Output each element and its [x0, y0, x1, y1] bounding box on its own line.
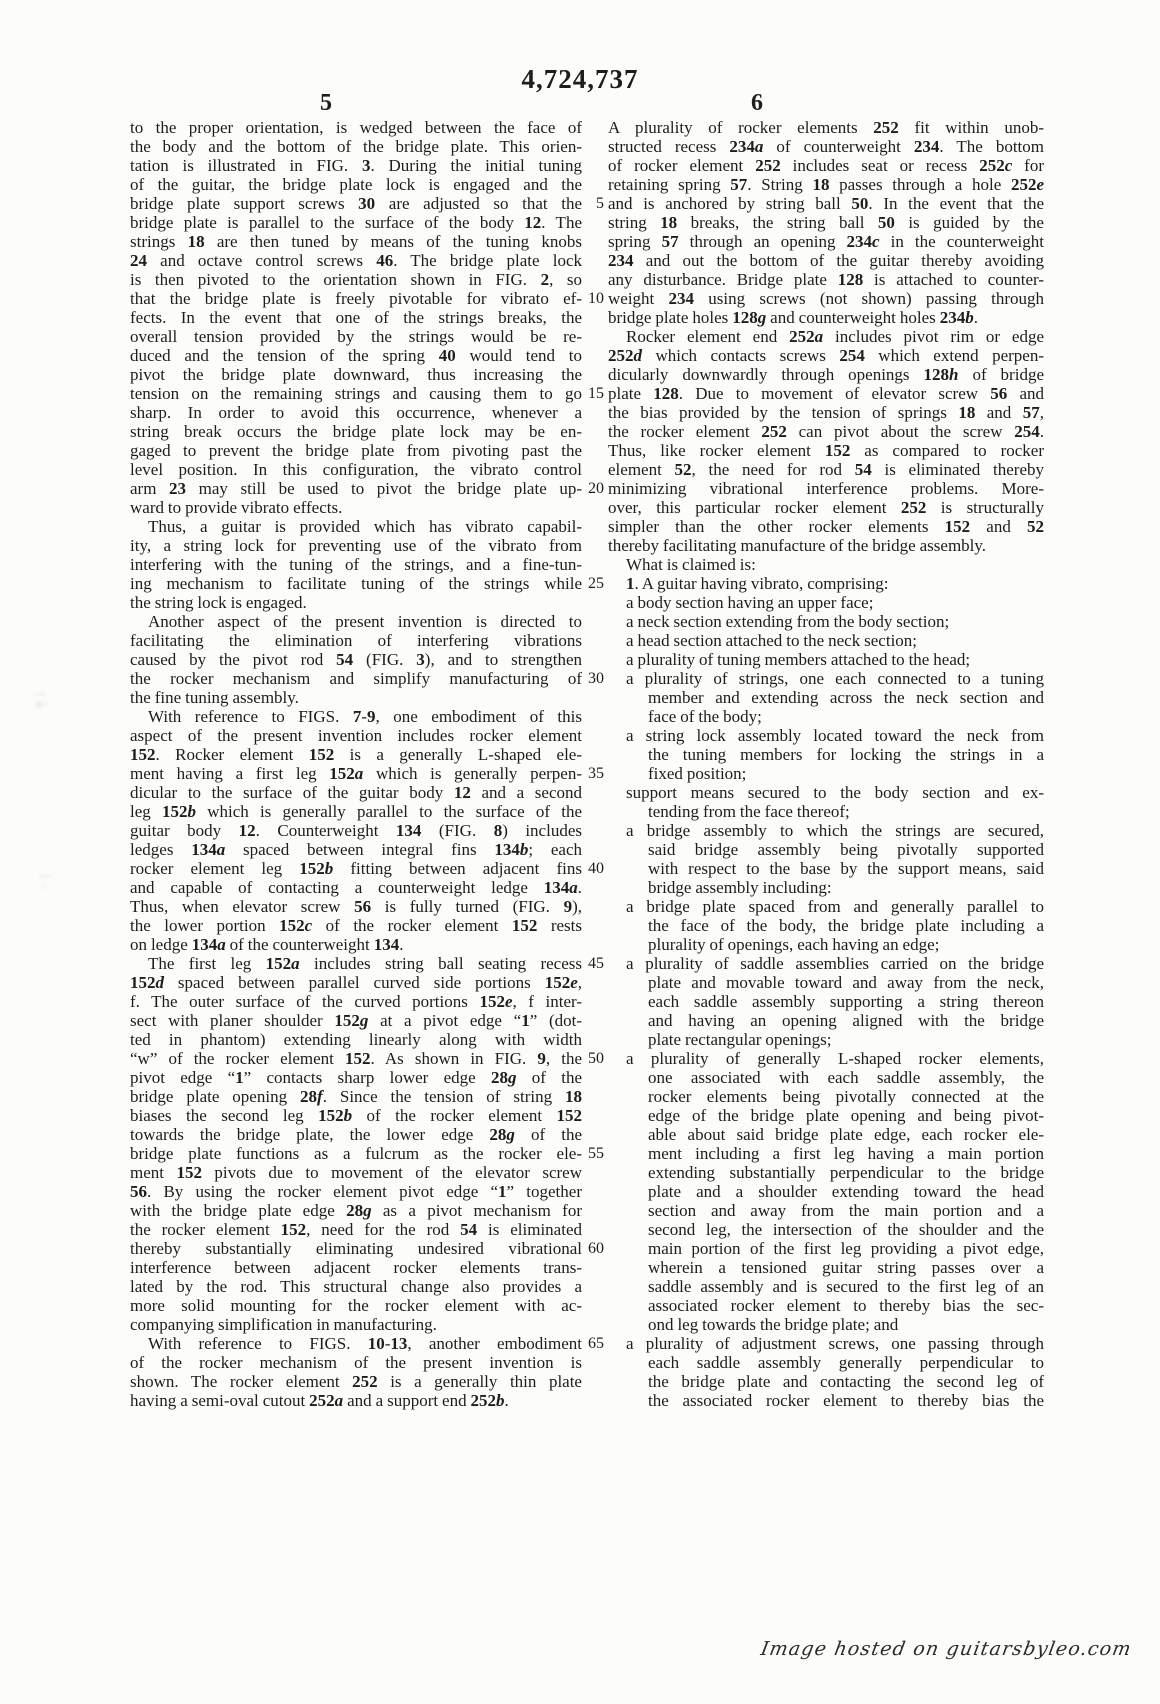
- text-line: a bridge assembly to which the strings a…: [608, 821, 1044, 840]
- text-line: tension on the remaining strings and cau…: [130, 384, 582, 403]
- text-line: and having an opening aligned with the b…: [608, 1011, 1044, 1030]
- text-line: dicular to the surface of the guitar bod…: [130, 783, 582, 802]
- text-line: edge of the bridge plate opening and bei…: [608, 1106, 1044, 1125]
- gutter-line-number: 65: [588, 1334, 604, 1353]
- text-line: and is anchored by string ball 50. In th…: [608, 194, 1044, 213]
- text-line: element 52, the need for rod 54 is elimi…: [608, 460, 1044, 479]
- text-line: each saddle assembly supporting a string…: [608, 992, 1044, 1011]
- text-line: aspect of the present invention includes…: [130, 726, 582, 745]
- column-number-6: 6: [727, 90, 787, 117]
- text-line: associated rocker element to thereby bia…: [608, 1296, 1044, 1315]
- text-line: any disturbance. Bridge plate 128 is att…: [608, 270, 1044, 289]
- text-line: the lower portion 152c of the rocker ele…: [130, 916, 582, 935]
- text-line: a neck section extending from the body s…: [608, 612, 1044, 631]
- text-line: ity, a string lock for preventing use of…: [130, 536, 582, 555]
- text-line: bridge plate functions as a fulcrum as t…: [130, 1144, 582, 1163]
- text-line: 152. Rocker element 152 is a generally L…: [130, 745, 582, 764]
- text-line: “w” of the rocker element 152. As shown …: [130, 1049, 582, 1068]
- text-line: of the guitar, the bridge plate lock is …: [130, 175, 582, 194]
- text-line: weight 234 using screws (not shown) pass…: [608, 289, 1044, 308]
- text-line: structed recess 234a of counterweight 23…: [608, 137, 1044, 156]
- text-line: facilitating the elimination of interfer…: [130, 631, 582, 650]
- text-line: ond leg towards the bridge plate; and: [608, 1315, 1044, 1334]
- text-line: sect with planer shoulder 152g at a pivo…: [130, 1011, 582, 1030]
- text-line: the associated rocker element to thereby…: [608, 1391, 1044, 1410]
- gutter-line-number: 55: [588, 1144, 604, 1163]
- text-line: arm 23 may still be used to pivot the br…: [130, 479, 582, 498]
- text-line: bridge plate holes 128g and counterweigh…: [608, 308, 1044, 327]
- text-line: retaining spring 57. String 18 passes th…: [608, 175, 1044, 194]
- text-line: member and extending across the neck sec…: [608, 688, 1044, 707]
- text-line: the rocker element 152, need for the rod…: [130, 1220, 582, 1239]
- gutter-line-number: 30: [588, 669, 604, 688]
- text-line: to the proper orientation, is wedged bet…: [130, 118, 582, 137]
- text-line: of the rocker mechanism of the present i…: [130, 1353, 582, 1372]
- text-line: having a semi-oval cutout 252a and a sup…: [130, 1391, 582, 1410]
- gutter-line-number: 60: [588, 1239, 604, 1258]
- text-line: more solid mounting for the rocker eleme…: [130, 1296, 582, 1315]
- text-line: guitar body 12. Counterweight 134 (FIG. …: [130, 821, 582, 840]
- text-line: the body and the bottom of the bridge pl…: [130, 137, 582, 156]
- text-line: one associated with each saddle assembly…: [608, 1068, 1044, 1087]
- text-line: ward to provide vibrato effects.: [130, 498, 582, 517]
- text-line: is then pivoted to the orientation shown…: [130, 270, 582, 289]
- text-line: face of the body;: [608, 707, 1044, 726]
- text-line: The first leg 152a includes string ball …: [130, 954, 582, 973]
- text-line: a string lock assembly located toward th…: [608, 726, 1044, 745]
- text-line: main portion of the first leg providing …: [608, 1239, 1044, 1258]
- text-line: bridge plate opening 28f. Since the tens…: [130, 1087, 582, 1106]
- text-line: 24 and octave control screws 46. The bri…: [130, 251, 582, 270]
- text-line: a head section attached to the neck sect…: [608, 631, 1044, 650]
- text-line: sharp. In order to avoid this occurrence…: [130, 403, 582, 422]
- text-line: section and away from the main portion a…: [608, 1201, 1044, 1220]
- text-line: a plurality of strings, one each connect…: [608, 669, 1044, 688]
- gutter-line-number: 20: [588, 479, 604, 498]
- text-line: A plurality of rocker elements 252 fit w…: [608, 118, 1044, 137]
- text-line: plate 128. Due to movement of elevator s…: [608, 384, 1044, 403]
- text-line: each saddle assembly generally perpendic…: [608, 1353, 1044, 1372]
- text-line: a plurality of generally L-shaped rocker…: [608, 1049, 1044, 1068]
- text-line: bridge plate support screws 30 are adjus…: [130, 194, 582, 213]
- text-line: thereby facilitating manufacture of the …: [608, 536, 1044, 555]
- text-line: caused by the pivot rod 54 (FIG. 3), and…: [130, 650, 582, 669]
- text-line: With reference to FIGS. 10-13, another e…: [130, 1334, 582, 1353]
- text-line: the string lock is engaged.: [130, 593, 582, 612]
- text-line: Thus, a guitar is provided which has vib…: [130, 517, 582, 536]
- watermark-text: Image hosted on guitarsbyleo.com: [759, 1638, 1134, 1660]
- text-line: companying simplification in manufacturi…: [130, 1315, 582, 1334]
- text-line: tation is illustrated in FIG. 3. During …: [130, 156, 582, 175]
- text-line: and capable of contacting a counterweigh…: [130, 878, 582, 897]
- text-line: simpler than the other rocker elements 1…: [608, 517, 1044, 536]
- text-line: bridge plate is parallel to the surface …: [130, 213, 582, 232]
- text-line: ment including a first leg having a main…: [608, 1144, 1044, 1163]
- text-line: minimizing vibrational interference prob…: [608, 479, 1044, 498]
- text-line: a body section having an upper face;: [608, 593, 1044, 612]
- line-number-gutter: 5101520253035404550556065: [570, 118, 604, 1418]
- text-line: Thus, when elevator screw 56 is fully tu…: [130, 897, 582, 916]
- text-line: rocker elements being pivotally connecte…: [608, 1087, 1044, 1106]
- text-line: tending from the face thereof;: [608, 802, 1044, 821]
- text-line: fects. In the event that one of the stri…: [130, 308, 582, 327]
- text-line: 1. A guitar having vibrato, comprising:: [608, 574, 1044, 593]
- text-line: the bridge plate and contacting the seco…: [608, 1372, 1044, 1391]
- text-line: with the bridge plate edge 28g as a pivo…: [130, 1201, 582, 1220]
- text-line: ing mechanism to facilitate tuning of th…: [130, 574, 582, 593]
- gutter-line-number: 35: [588, 764, 604, 783]
- text-line: plurality of openings, each having an ed…: [608, 935, 1044, 954]
- text-line: a bridge plate spaced from and generally…: [608, 897, 1044, 916]
- text-line: saddle assembly and is secured to the fi…: [608, 1277, 1044, 1296]
- text-line: a plurality of tuning members attached t…: [608, 650, 1044, 669]
- text-line: What is claimed is:: [608, 555, 1044, 574]
- text-line: 56. By using the rocker element pivot ed…: [130, 1182, 582, 1201]
- text-line: a plurality of adjustment screws, one pa…: [608, 1334, 1044, 1353]
- text-line: the bias provided by the tension of spri…: [608, 403, 1044, 422]
- right-text-column: A plurality of rocker elements 252 fit w…: [608, 118, 1044, 1410]
- text-line: ted in phantom) extending linearly along…: [130, 1030, 582, 1049]
- gutter-line-number: 5: [596, 194, 604, 213]
- text-line: the fine tuning assembly.: [130, 688, 582, 707]
- text-line: Thus, like rocker element 152 as compare…: [608, 441, 1044, 460]
- text-line: towards the bridge plate, the lower edge…: [130, 1125, 582, 1144]
- text-line: plate rectangular openings;: [608, 1030, 1044, 1049]
- text-line: extending substantially perpendicular to…: [608, 1163, 1044, 1182]
- text-line: overall tension provided by the strings …: [130, 327, 582, 346]
- text-line: of rocker element 252 includes seat or r…: [608, 156, 1044, 175]
- text-line: support means secured to the body sectio…: [608, 783, 1044, 802]
- text-line: plate and movable toward and away from t…: [608, 973, 1044, 992]
- text-line: with respect to the base by the support …: [608, 859, 1044, 878]
- text-line: 252d which contacts screws 254 which ext…: [608, 346, 1044, 365]
- text-line: shown. The rocker element 252 is a gener…: [130, 1372, 582, 1391]
- text-line: a plurality of saddle assemblies carried…: [608, 954, 1044, 973]
- text-line: 234 and out the bottom of the guitar the…: [608, 251, 1044, 270]
- text-line: rocker element leg 152b fitting between …: [130, 859, 582, 878]
- gutter-line-number: 15: [588, 384, 604, 403]
- text-line: dicularly downwardly through openings 12…: [608, 365, 1044, 384]
- text-line: Rocker element end 252a includes pivot r…: [608, 327, 1044, 346]
- text-line: duced and the tension of the spring 40 w…: [130, 346, 582, 365]
- scan-smudge: ~≈≋~: [33, 689, 50, 710]
- text-line: strings 18 are then tuned by means of th…: [130, 232, 582, 251]
- text-line: spring 57 through an opening 234c in the…: [608, 232, 1044, 251]
- gutter-line-number: 45: [588, 954, 604, 973]
- text-line: plate and a shoulder extending toward th…: [608, 1182, 1044, 1201]
- text-line: Another aspect of the present invention …: [130, 612, 582, 631]
- patent-number: 4,724,737: [0, 64, 1160, 95]
- text-line: over, this particular rocker element 252…: [608, 498, 1044, 517]
- text-line: interference between adjacent rocker ele…: [130, 1258, 582, 1277]
- text-line: level position. In this configuration, t…: [130, 460, 582, 479]
- text-line: gaged to prevent the bridge plate from p…: [130, 441, 582, 460]
- text-line: biases the second leg 152b of the rocker…: [130, 1106, 582, 1125]
- gutter-line-number: 40: [588, 859, 604, 878]
- text-line: bridge assembly including:: [608, 878, 1044, 897]
- text-line: thereby substantially eliminating undesi…: [130, 1239, 582, 1258]
- text-line: the rocker element 252 can pivot about t…: [608, 422, 1044, 441]
- column-number-5: 5: [296, 90, 356, 117]
- text-line: able about said bridge plate edge, each …: [608, 1125, 1044, 1144]
- text-line: lated by the rod. This structural change…: [130, 1277, 582, 1296]
- text-line: f. The outer surface of the curved porti…: [130, 992, 582, 1011]
- text-line: fixed position;: [608, 764, 1044, 783]
- text-line: ment 152 pivots due to movement of the e…: [130, 1163, 582, 1182]
- text-line: on ledge 134a of the counterweight 134.: [130, 935, 582, 954]
- text-line: that the bridge plate is freely pivotabl…: [130, 289, 582, 308]
- gutter-line-number: 10: [588, 289, 604, 308]
- text-line: With reference to FIGS. 7-9, one embodim…: [130, 707, 582, 726]
- text-line: interfering with the tuning of the strin…: [130, 555, 582, 574]
- patent-page: 4,724,737 5 6 to the proper orientation,…: [0, 0, 1160, 1704]
- text-line: leg 152b which is generally parallel to …: [130, 802, 582, 821]
- text-line: said bridge assembly being pivotally sup…: [608, 840, 1044, 859]
- text-line: 152d spaced between parallel curved side…: [130, 973, 582, 992]
- text-line: pivot the bridge plate downward, thus in…: [130, 365, 582, 384]
- text-line: second leg, the intersection of the shou…: [608, 1220, 1044, 1239]
- text-line: wherein a tensioned guitar string passes…: [608, 1258, 1044, 1277]
- scan-smudge: ≈~~: [39, 871, 53, 892]
- text-line: the face of the body, the bridge plate i…: [608, 916, 1044, 935]
- text-line: ledges 134a spaced between integral fins…: [130, 840, 582, 859]
- text-line: pivot edge “1” contacts sharp lower edge…: [130, 1068, 582, 1087]
- gutter-line-number: 25: [588, 574, 604, 593]
- gutter-line-number: 50: [588, 1049, 604, 1068]
- text-line: string 18 breaks, the string ball 50 is …: [608, 213, 1044, 232]
- left-text-column: to the proper orientation, is wedged bet…: [130, 118, 582, 1410]
- text-line: the rocker mechanism and simplify manufa…: [130, 669, 582, 688]
- text-line: ment having a first leg 152a which is ge…: [130, 764, 582, 783]
- text-line: the tuning members for locking the strin…: [608, 745, 1044, 764]
- text-line: string break occurs the bridge plate loc…: [130, 422, 582, 441]
